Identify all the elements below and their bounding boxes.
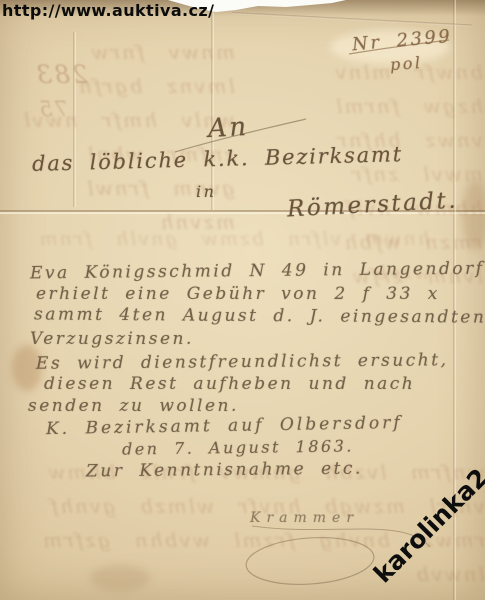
- body-line: Verzugszinsen.: [30, 329, 194, 349]
- signature: Krammer: [250, 510, 359, 526]
- address-salutation: An: [207, 112, 249, 144]
- body-line-date: den 7. August 1863.: [122, 436, 354, 458]
- body-line-closing: Zur Kenntnisnahme etc.: [86, 459, 363, 482]
- docket-note: pol: [389, 53, 423, 74]
- scanned-letter-image: mnwv fnrw lmvnz bgrfn wnlv hmfr nwvl znf…: [0, 0, 485, 600]
- address-line: in: [196, 182, 216, 201]
- auction-site-url-watermark: http://www.auktiva.cz/: [2, 1, 214, 20]
- paper-stain: [90, 565, 150, 591]
- body-line: diesen Rest aufheben und nach: [44, 374, 415, 394]
- body-line: sammt 4ten August d. J. eingesandten: [34, 304, 485, 327]
- fold-crease-vertical-left: [73, 32, 76, 207]
- body-line: Es wird dienstfreundlichst ersucht,: [36, 350, 449, 374]
- body-line: senden zu wollen.: [28, 396, 239, 416]
- paper-stain: [462, 180, 485, 250]
- fold-crease-vertical-center: [211, 8, 214, 210]
- body-line: erhielt eine Gebühr von 2 f 33 x: [36, 284, 440, 304]
